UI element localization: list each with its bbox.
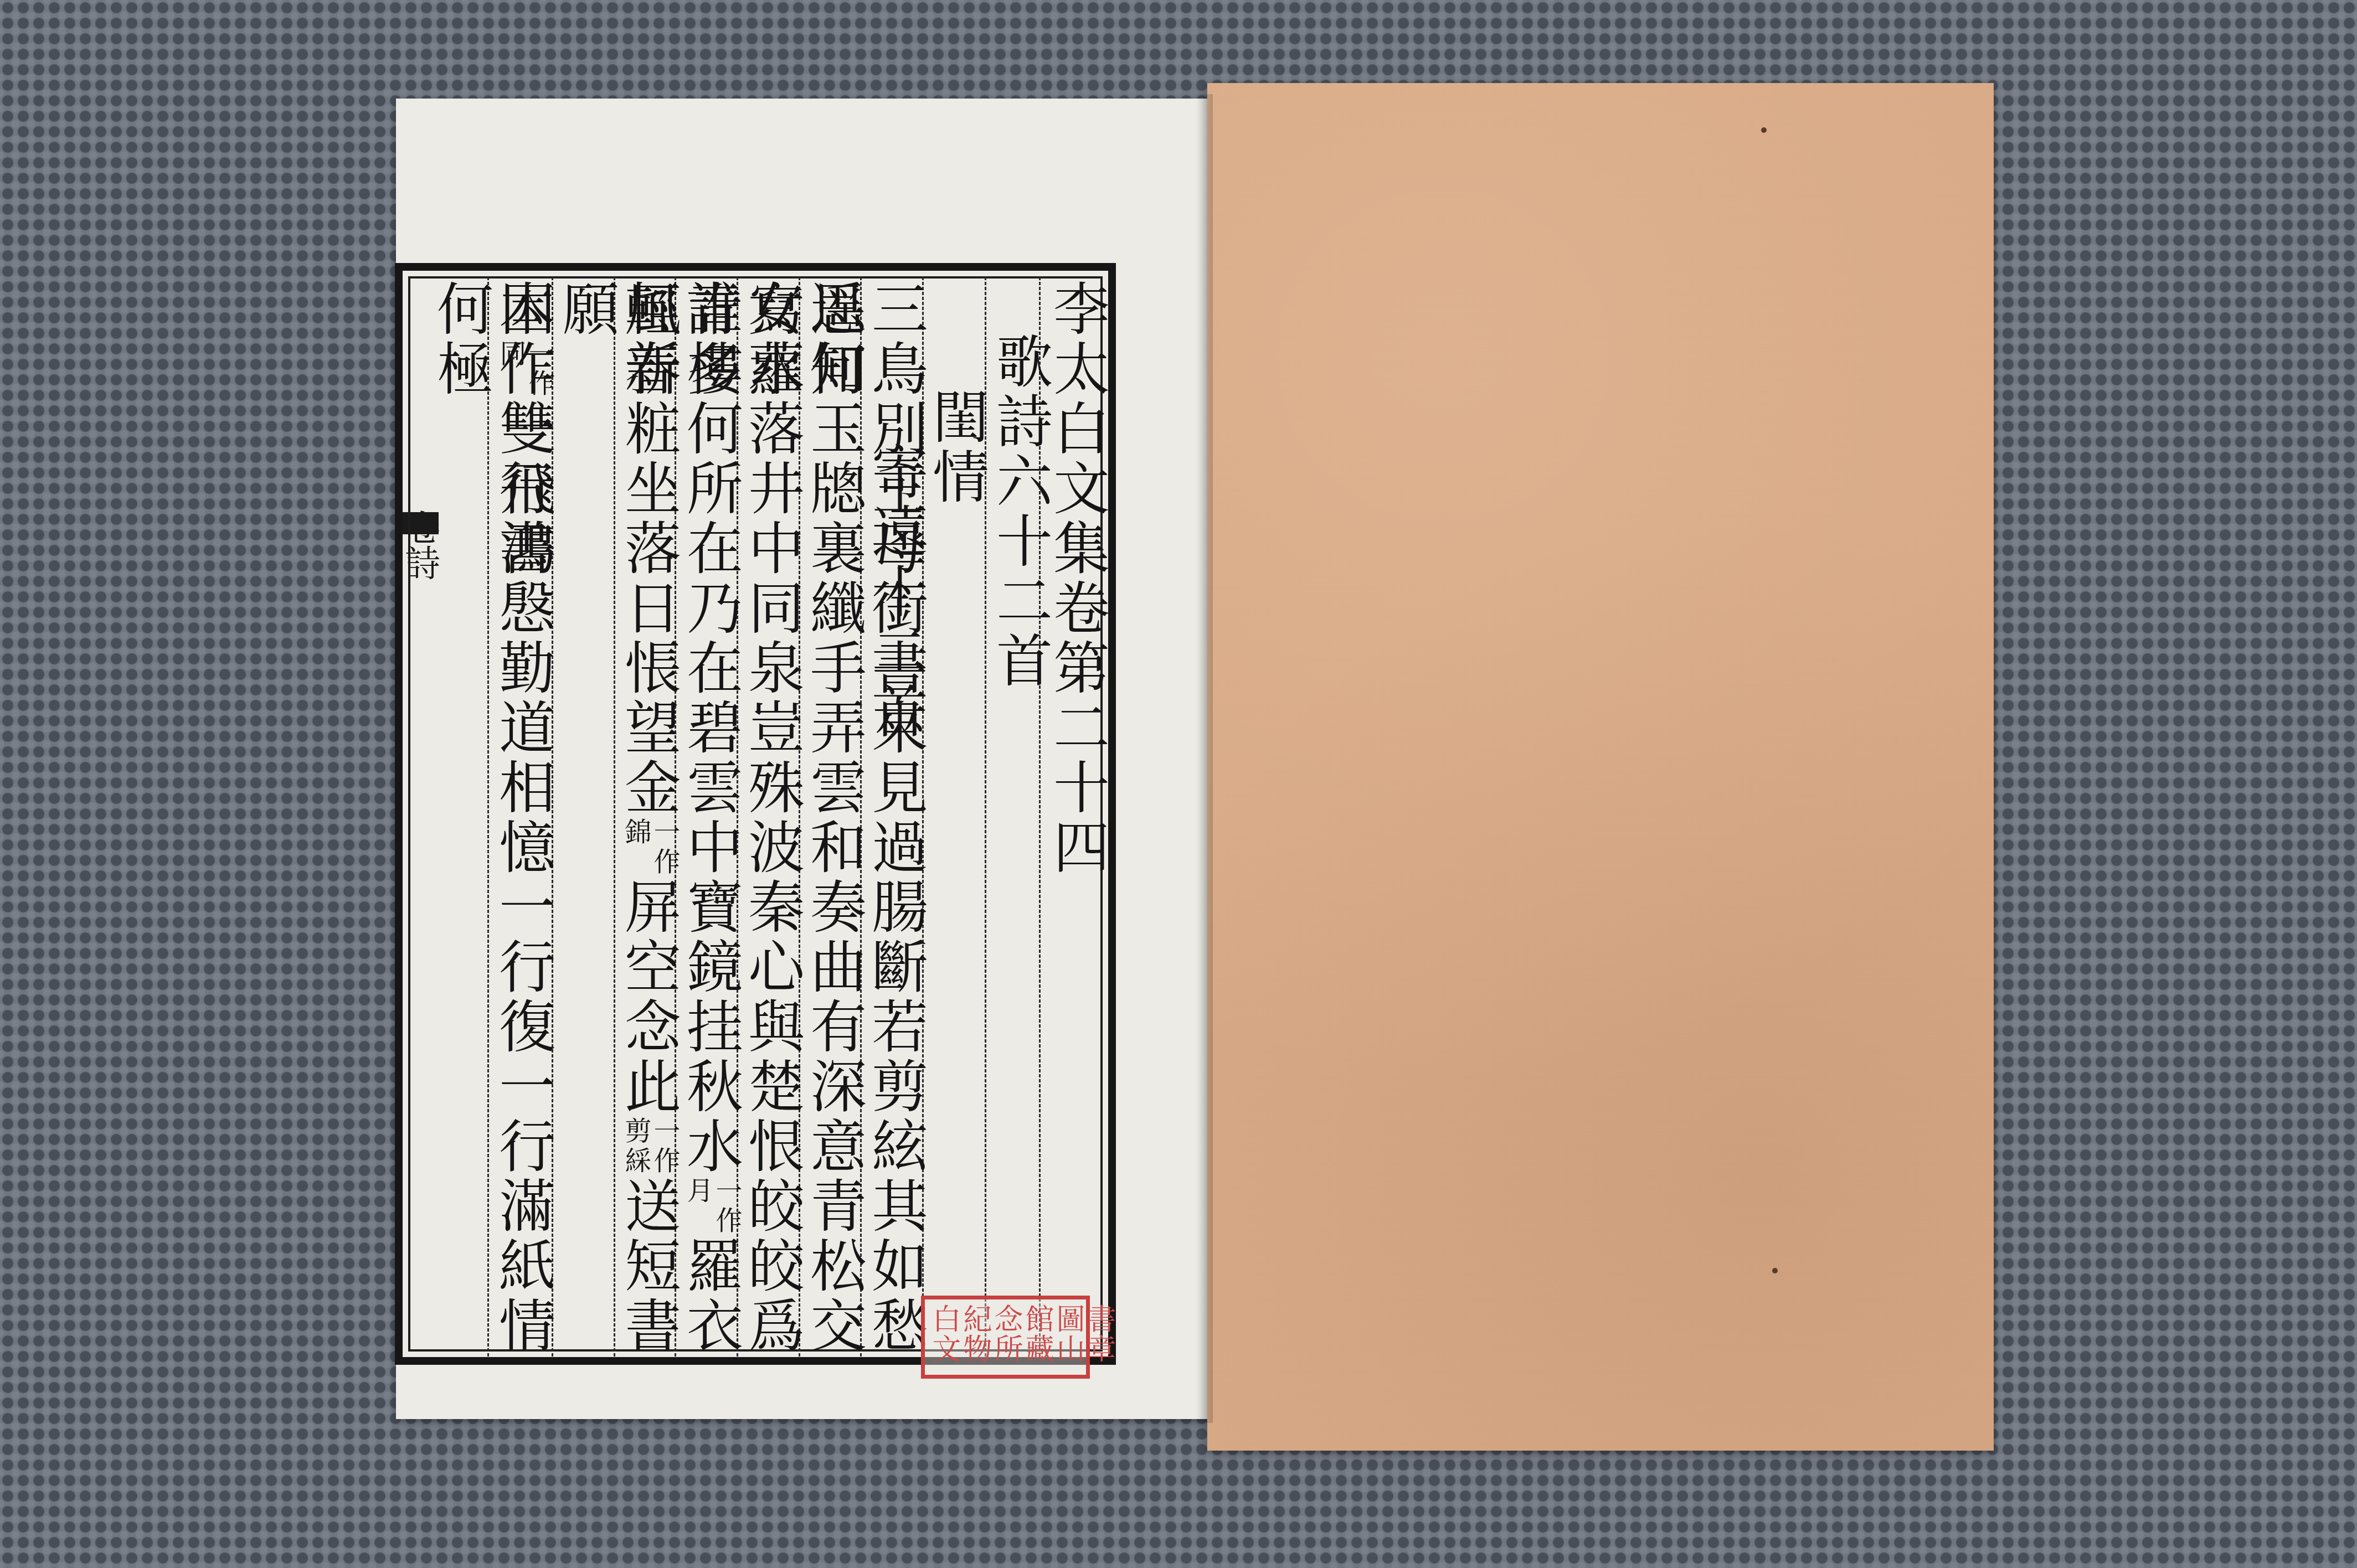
note-left: 剪綵 [621, 1117, 650, 1177]
text-column-7: 本作一行書慇勤道相憶一行復一行滿紙情何極 [429, 280, 553, 1359]
right-blank-page [1207, 83, 1994, 1451]
interlinear-note: 一作月 [683, 1177, 741, 1236]
seal-glyphs: 書章 [1083, 1304, 1114, 1370]
interlinear-note: 一作錦 [621, 818, 679, 878]
text-column-4-main: 青樓何所在乃在碧雲中寶鏡挂秋水 [677, 280, 743, 1177]
paper-spot [1772, 1268, 1778, 1273]
text-column-5: 風新粧坐落日悵望金一作錦屏空念此一作剪綵送短書願 [555, 280, 679, 1359]
seal-glyphs: 念所 [990, 1304, 1021, 1370]
text-column-5-main: 風新粧坐落日悵望金 [615, 280, 681, 818]
text-column-5-mid: 屏空念此 [615, 878, 681, 1117]
seal-glyphs: 館藏 [1021, 1304, 1052, 1370]
note-left: 月 [683, 1177, 712, 1236]
book-fold [1196, 94, 1213, 1423]
seal-glyphs: 圖山 [1052, 1304, 1083, 1370]
note-left: 錦 [621, 818, 650, 878]
collector-seal: 書章 圖山 館藏 念所 紀物 白文 [921, 1296, 1090, 1379]
interlinear-note: 一作剪綵 [621, 1117, 679, 1177]
volume-title: 李太白文集卷第二十四 [1046, 280, 1108, 1359]
paper-spot [1761, 127, 1767, 133]
note-right: 一作 [650, 818, 679, 878]
note-right: 一作 [712, 1177, 741, 1236]
seal-glyphs: 紀物 [959, 1304, 990, 1370]
section-heading: 歌詩六十二首 [989, 332, 1051, 1412]
seal-glyphs: 白文 [928, 1304, 959, 1370]
note-right: 一作 [650, 1117, 679, 1177]
